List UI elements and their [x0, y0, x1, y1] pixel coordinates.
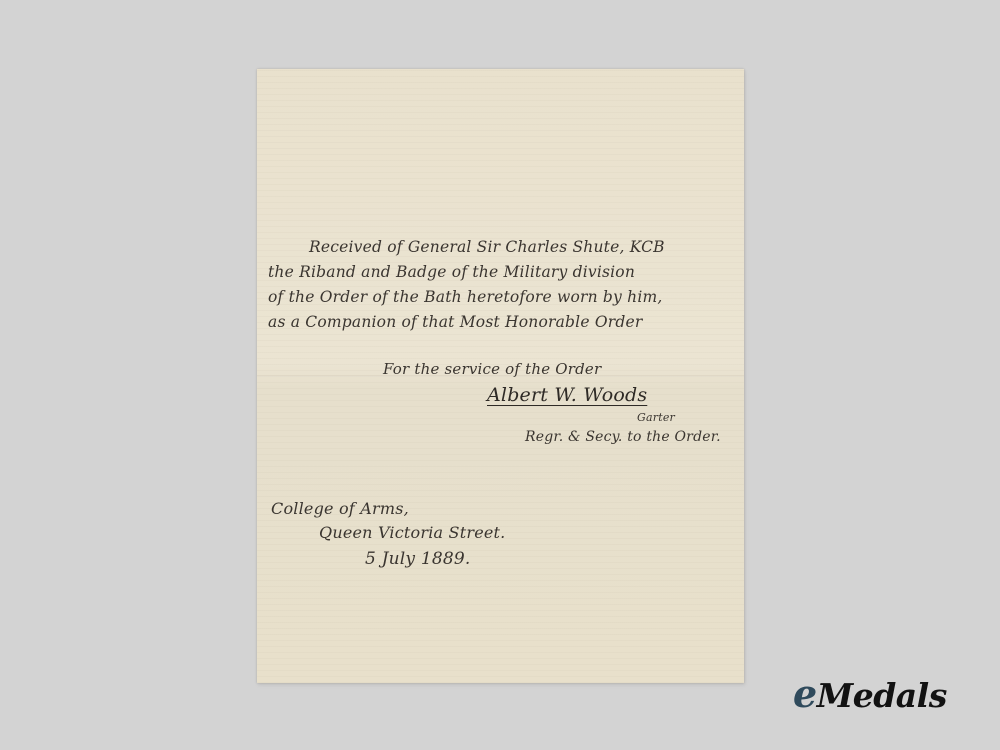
address-line-2: Queen Victoria Street.	[319, 523, 505, 542]
signature-title-super: Garter	[637, 411, 675, 424]
signature-title: Regr. & Secy. to the Order.	[525, 429, 721, 445]
document-date: 5 July 1889.	[365, 549, 471, 569]
body-line-1: Received of General Sir Charles Shute, K…	[309, 238, 665, 256]
address-line-1: College of Arms,	[271, 499, 409, 518]
document-paper: Received of General Sir Charles Shute, K…	[257, 69, 744, 683]
logo-medals: Medals	[817, 676, 947, 715]
service-line: For the service of the Order	[383, 360, 601, 378]
body-line-4: as a Companion of that Most Honorable Or…	[268, 313, 642, 331]
body-line-2: the Riband and Badge of the Military div…	[268, 263, 635, 281]
logo-e: e	[793, 671, 817, 716]
body-line-3: of the Order of the Bath heretofore worn…	[268, 288, 663, 306]
emedals-logo: eMedals	[793, 674, 947, 716]
signature: Albert W. Woods	[487, 384, 647, 406]
